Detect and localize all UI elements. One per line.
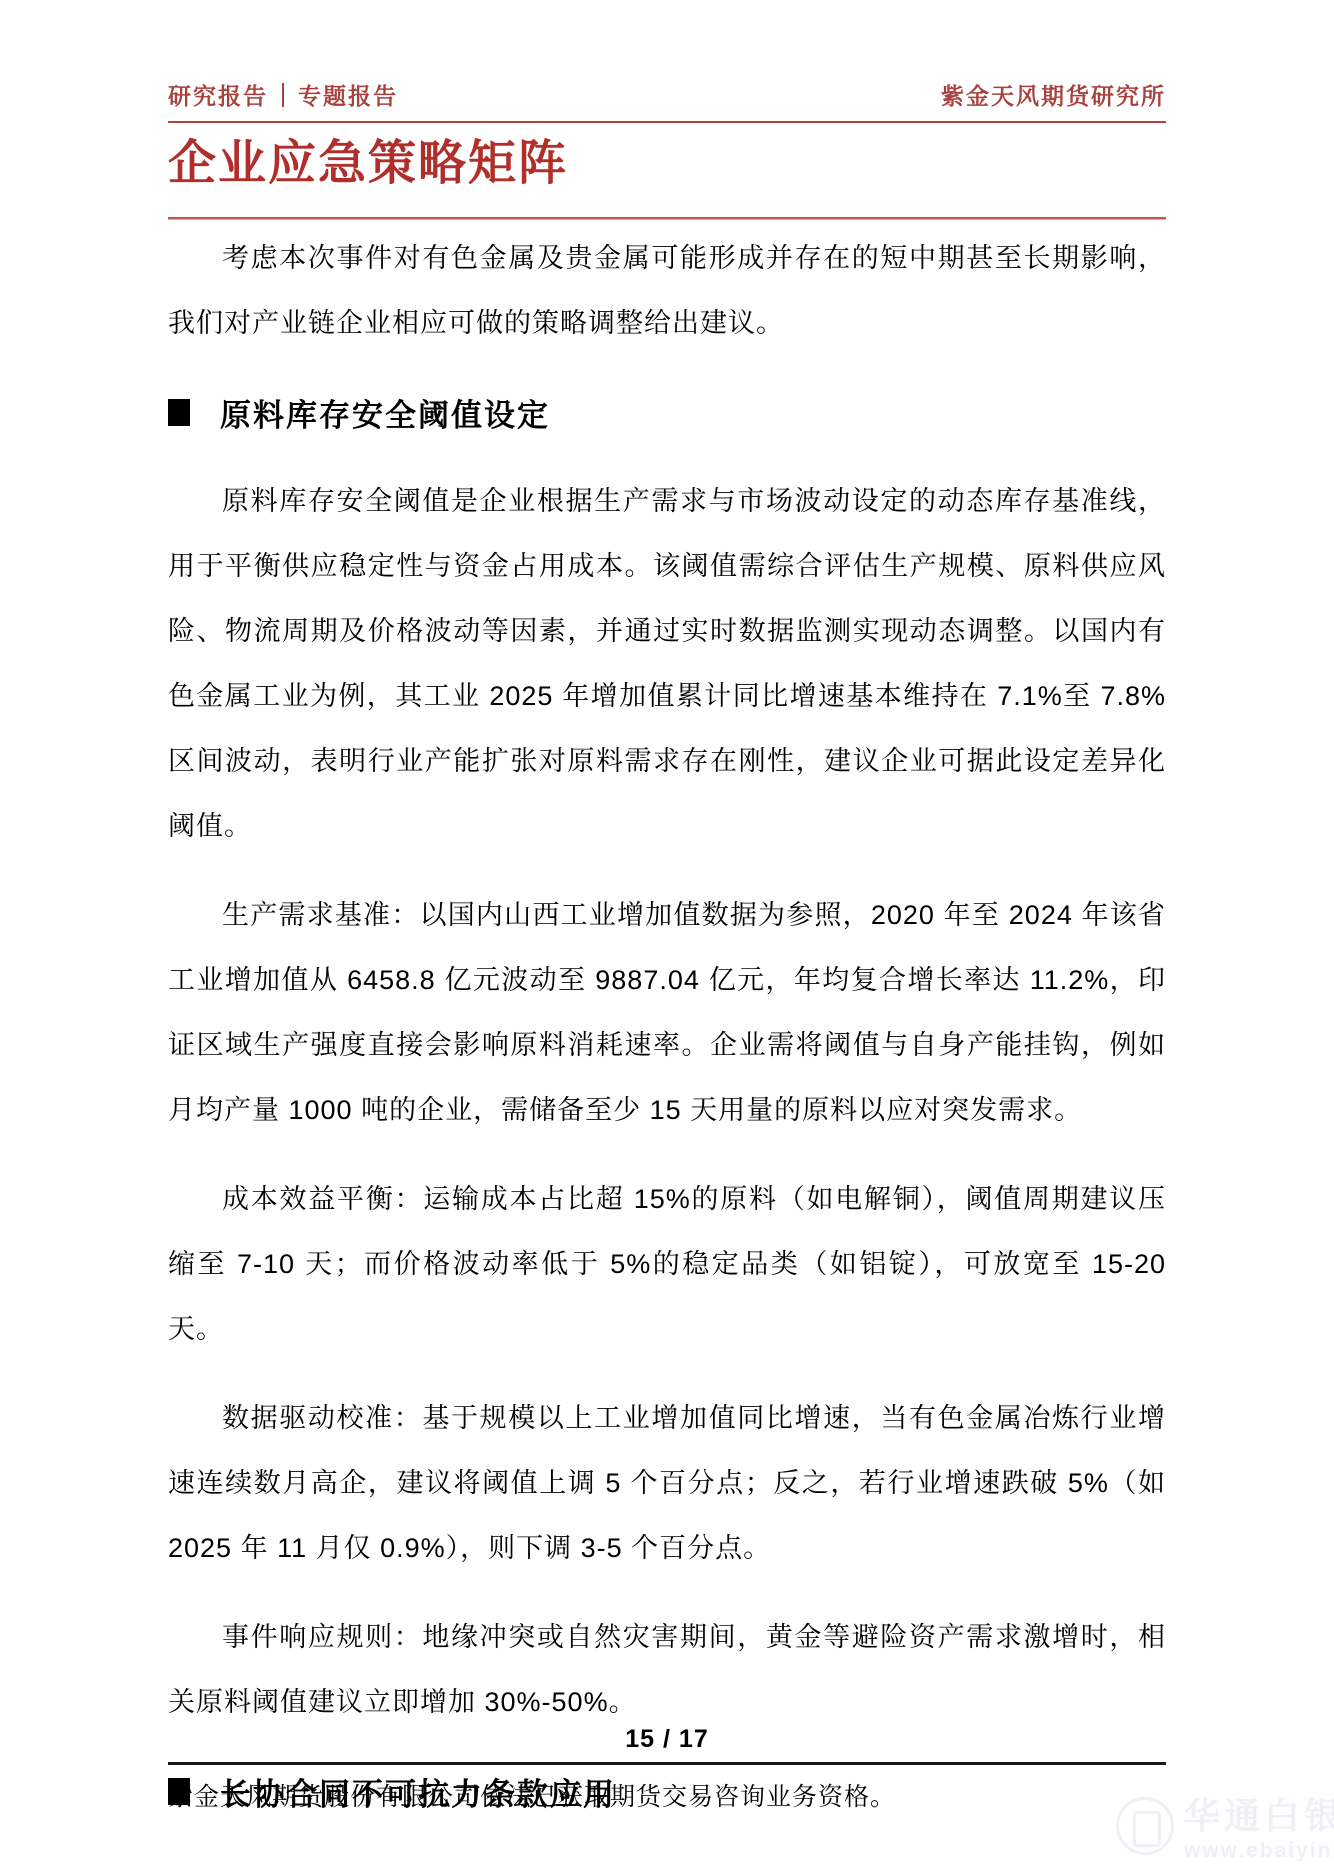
watermark-logo-icon xyxy=(1116,1797,1174,1855)
footer-disclaimer: 紫金天风期货股份有限公司依法已获取期货交易咨询业务资格。 xyxy=(168,1777,1166,1813)
section-heading-label: 原料库存安全阈值设定 xyxy=(220,390,550,435)
watermark-site-name: 华通白银网 xyxy=(1184,1788,1334,1839)
header-institute-name: 紫金天风期货研究所 xyxy=(941,78,1166,111)
document-header: 研究报告 专题报告 紫金天风期货研究所 xyxy=(168,78,1166,111)
title-rule xyxy=(168,217,1166,220)
page-number: 15 / 17 xyxy=(168,1725,1166,1754)
header-report-type-primary: 研究报告 xyxy=(168,78,268,111)
header-divider xyxy=(282,83,284,107)
report-body: 考虑本次事件对有色金属及贵金属可能形成并存在的短中期甚至长期影响，我们对产业链企… xyxy=(168,226,1166,1824)
watermark: 华通白银网 www.ebaiyin.com xyxy=(1116,1788,1334,1863)
header-report-type-secondary: 专题报告 xyxy=(298,78,398,111)
header-rule xyxy=(168,121,1166,123)
paragraph-threshold-definition: 原料库存安全阈值是企业根据生产需求与市场波动设定的动态库存基准线，用于平衡供应稳… xyxy=(168,469,1166,859)
paragraph-event-response-rule: 事件响应规则：地缘冲突或自然灾害期间，黄金等避险资产需求激增时，相关原料阈值建议… xyxy=(168,1605,1166,1735)
watermark-site-url: www.ebaiyin.com xyxy=(1184,1839,1334,1863)
page-content: 研究报告 专题报告 紫金天风期货研究所 企业应急策略矩阵 考虑本次事件对有色金属… xyxy=(0,0,1334,1824)
header-report-type: 研究报告 专题报告 xyxy=(168,78,398,111)
paragraph-data-driven-calibration: 数据驱动校准：基于规模以上工业增加值同比增速，当有色金属冶炼行业增速连续数月高企… xyxy=(168,1386,1166,1581)
footer-rule xyxy=(168,1762,1166,1765)
paragraph-cost-benefit-balance: 成本效益平衡：运输成本占比超 15%的原料（如电解铜），阈值周期建议压缩至 7-… xyxy=(168,1167,1166,1362)
page-footer: 15 / 17 紫金天风期货股份有限公司依法已获取期货交易咨询业务资格。 xyxy=(168,1725,1166,1813)
report-page: 研究报告 专题报告 紫金天风期货研究所 企业应急策略矩阵 考虑本次事件对有色金属… xyxy=(0,0,1334,1874)
paragraph-production-demand-baseline: 生产需求基准：以国内山西工业增加值数据为参照，2020 年至 2024 年该省工… xyxy=(168,883,1166,1143)
section-heading-raw-material-threshold: 原料库存安全阈值设定 xyxy=(168,380,1166,445)
intro-paragraph: 考虑本次事件对有色金属及贵金属可能形成并存在的短中期甚至长期影响，我们对产业链企… xyxy=(168,226,1166,356)
page-title: 企业应急策略矩阵 xyxy=(168,135,1166,193)
square-bullet-icon xyxy=(168,399,190,426)
watermark-text: 华通白银网 www.ebaiyin.com xyxy=(1184,1788,1334,1863)
